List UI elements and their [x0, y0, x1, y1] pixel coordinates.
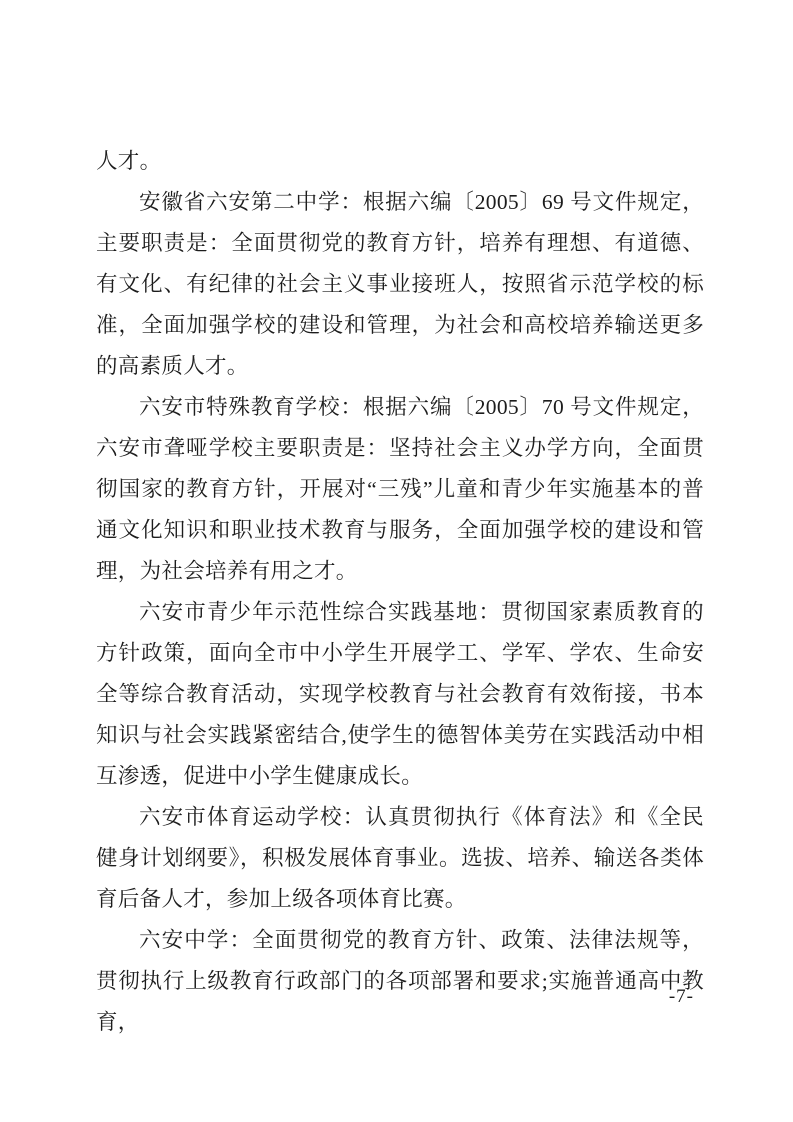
paragraph-special-education-school: 六安市特殊教育学校：根据六编〔2005〕70 号文件规定，六安市聋哑学校主要职责…	[96, 387, 704, 592]
paragraph-liuan-middle-school: 六安中学：全面贯彻党的教育方针、政策、法律法规等，贯彻执行上级教育行政部门的各项…	[96, 920, 704, 1043]
paragraph-sports-school: 六安市体育运动学校：认真贯彻执行《体育法》和《全民健身计划纲要》，积极发展体育事…	[96, 797, 704, 920]
document-body: 人才。 安徽省六安第二中学：根据六编〔2005〕69 号文件规定，主要职责是：全…	[96, 141, 704, 1043]
paragraph-continuation: 人才。	[96, 141, 704, 182]
paragraph-youth-practice-base: 六安市青少年示范性综合实践基地：贯彻国家素质教育的方针政策，面向全市中小学生开展…	[96, 592, 704, 797]
paragraph-liuan-no2-middle-school: 安徽省六安第二中学：根据六编〔2005〕69 号文件规定，主要职责是：全面贯彻党…	[96, 182, 704, 387]
page-number: -7-	[669, 985, 694, 1009]
document-page: 人才。 安徽省六安第二中学：根据六编〔2005〕69 号文件规定，主要职责是：全…	[0, 0, 793, 1122]
